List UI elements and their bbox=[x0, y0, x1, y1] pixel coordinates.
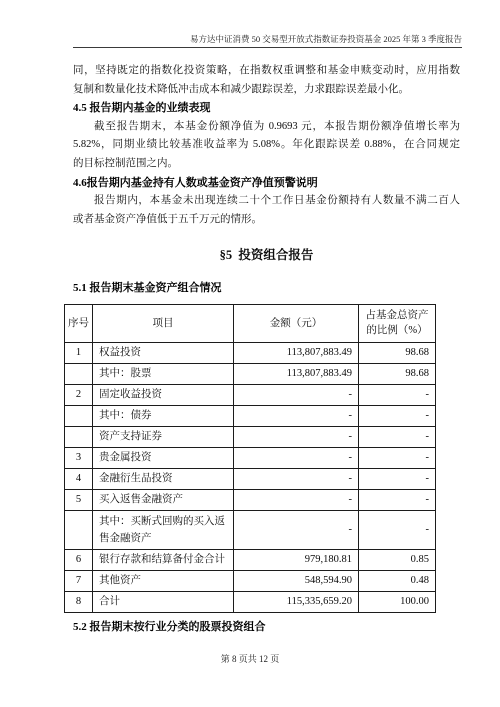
cell-seq: 1 bbox=[65, 342, 93, 363]
running-header: 易方达中证消费 50 交易型开放式指数证券投资基金 2025 年第 3 季度报告 bbox=[73, 33, 462, 48]
paragraph-line: 截至报告期末，本基金份额净值为 0.9693 元，本报告期份额净值增长率为 bbox=[73, 118, 460, 137]
cell-pct: 98.68 bbox=[359, 342, 436, 363]
cell-pct: - bbox=[359, 468, 436, 489]
cell-item: 其中：买断式回购的买入返售金融资产 bbox=[93, 510, 234, 549]
cell-item: 资产支持证券 bbox=[93, 426, 234, 447]
table-row: 其中：买断式回购的买入返售金融资产 - - bbox=[65, 510, 436, 549]
paragraph-continuation: 同，坚持既定的指数化投资策略，在指数权重调整和基金申赎变动时，应用指数 复制和数… bbox=[73, 62, 460, 99]
asset-composition-table: 序号 项目 金额（元） 占基金总资产的比例（%） 1 权益投资 113,807,… bbox=[64, 304, 436, 613]
section-title-4-5: 4.5 报告期内基金的业绩表现 bbox=[73, 99, 460, 118]
paragraph-line: 或者基金资产净值低于五千万元的情形。 bbox=[73, 211, 460, 230]
document-body: 同，坚持既定的指数化投资策略，在指数权重调整和基金申赎变动时，应用指数 复制和数… bbox=[73, 62, 460, 637]
paragraph-4-6: 报告期内，本基金未出现连续二十个工作日基金份额持有人数量不满二百人 或者基金资产… bbox=[73, 192, 460, 229]
paragraph-line: 复制和数量化技术降低冲击成本和减少跟踪误差，力求跟踪误差最小化。 bbox=[73, 81, 460, 100]
cell-amount: - bbox=[234, 426, 359, 447]
cell-amount: - bbox=[234, 510, 359, 549]
cell-item: 其他资产 bbox=[93, 570, 234, 591]
table-row: 8 合计 115,335,659.20 100.00 bbox=[65, 591, 436, 612]
report-page: 易方达中证消费 50 交易型开放式指数证券投资基金 2025 年第 3 季度报告… bbox=[0, 0, 500, 707]
cell-amount: 548,594.90 bbox=[234, 570, 359, 591]
cell-amount: - bbox=[234, 405, 359, 426]
cell-item: 固定收益投资 bbox=[93, 384, 234, 405]
paragraph-line: 5.82%，同期业绩比较基准收益率为 5.08%。年化跟踪误差 0.88%，在合… bbox=[73, 136, 460, 155]
section-title-5-2: 5.2 报告期末按行业分类的股票投资组合 bbox=[73, 618, 460, 637]
cell-pct: 0.48 bbox=[359, 570, 436, 591]
table-row: 4 金融衍生品投资 - - bbox=[65, 468, 436, 489]
cell-item: 合计 bbox=[93, 591, 234, 612]
cell-amount: 115,335,659.20 bbox=[234, 591, 359, 612]
cell-pct: 98.68 bbox=[359, 363, 436, 384]
cell-item: 金融衍生品投资 bbox=[93, 468, 234, 489]
cell-amount: 113,807,883.49 bbox=[234, 342, 359, 363]
cell-seq bbox=[65, 510, 93, 549]
cell-pct: - bbox=[359, 510, 436, 549]
cell-amount: - bbox=[234, 489, 359, 510]
cell-amount: 979,180.81 bbox=[234, 549, 359, 570]
cell-pct: 0.85 bbox=[359, 549, 436, 570]
col-header-seq: 序号 bbox=[65, 304, 93, 342]
col-header-pct: 占基金总资产的比例（%） bbox=[359, 304, 436, 342]
cell-item: 权益投资 bbox=[93, 342, 234, 363]
cell-pct: - bbox=[359, 447, 436, 468]
table-row: 1 权益投资 113,807,883.49 98.68 bbox=[65, 342, 436, 363]
cell-pct: - bbox=[359, 426, 436, 447]
page-footer: 第 8 页共 12 页 bbox=[0, 652, 500, 665]
cell-seq bbox=[65, 426, 93, 447]
table-row: 5 买入返售金融资产 - - bbox=[65, 489, 436, 510]
cell-pct: - bbox=[359, 384, 436, 405]
section-title-5-1: 5.1 报告期末基金资产组合情况 bbox=[73, 279, 460, 298]
cell-amount: - bbox=[234, 384, 359, 405]
chapter-title-5: §5 投资组合报告 bbox=[73, 246, 460, 265]
cell-seq bbox=[65, 405, 93, 426]
table-row: 6 银行存款和结算备付金合计 979,180.81 0.85 bbox=[65, 549, 436, 570]
cell-seq: 6 bbox=[65, 549, 93, 570]
col-header-item: 项目 bbox=[93, 304, 234, 342]
running-header-title: 易方达中证消费 50 交易型开放式指数证券投资基金 2025 年第 3 季度报告 bbox=[190, 34, 462, 44]
table-row: 7 其他资产 548,594.90 0.48 bbox=[65, 570, 436, 591]
cell-seq: 7 bbox=[65, 570, 93, 591]
table-row: 其中：股票 113,807,883.49 98.68 bbox=[65, 363, 436, 384]
cell-pct: - bbox=[359, 405, 436, 426]
cell-seq: 4 bbox=[65, 468, 93, 489]
cell-item: 其中：股票 bbox=[93, 363, 234, 384]
table-row: 3 贵金属投资 - - bbox=[65, 447, 436, 468]
table-header-row: 序号 项目 金额（元） 占基金总资产的比例（%） bbox=[65, 304, 436, 342]
table-row: 资产支持证券 - - bbox=[65, 426, 436, 447]
section-title-4-6: 4.6报告期内基金持有人数或基金资产净值预警说明 bbox=[73, 174, 460, 193]
cell-pct: 100.00 bbox=[359, 591, 436, 612]
paragraph-4-5: 截至报告期末，本基金份额净值为 0.9693 元，本报告期份额净值增长率为 5.… bbox=[73, 118, 460, 174]
cell-item: 贵金属投资 bbox=[93, 447, 234, 468]
cell-item: 其中：债券 bbox=[93, 405, 234, 426]
cell-amount: 113,807,883.49 bbox=[234, 363, 359, 384]
cell-seq bbox=[65, 363, 93, 384]
cell-item: 银行存款和结算备付金合计 bbox=[93, 549, 234, 570]
paragraph-line: 的目标控制范围之内。 bbox=[73, 155, 460, 174]
col-header-amount: 金额（元） bbox=[234, 304, 359, 342]
table-row: 2 固定收益投资 - - bbox=[65, 384, 436, 405]
cell-seq: 5 bbox=[65, 489, 93, 510]
page-number-text: 第 8 页共 12 页 bbox=[221, 654, 280, 664]
cell-seq: 2 bbox=[65, 384, 93, 405]
cell-amount: - bbox=[234, 468, 359, 489]
paragraph-line: 同，坚持既定的指数化投资策略，在指数权重调整和基金申赎变动时，应用指数 bbox=[73, 62, 460, 81]
cell-seq: 3 bbox=[65, 447, 93, 468]
cell-item: 买入返售金融资产 bbox=[93, 489, 234, 510]
table-row: 其中：债券 - - bbox=[65, 405, 436, 426]
cell-amount: - bbox=[234, 447, 359, 468]
paragraph-line: 报告期内，本基金未出现连续二十个工作日基金份额持有人数量不满二百人 bbox=[73, 192, 460, 211]
cell-seq: 8 bbox=[65, 591, 93, 612]
cell-pct: - bbox=[359, 489, 436, 510]
